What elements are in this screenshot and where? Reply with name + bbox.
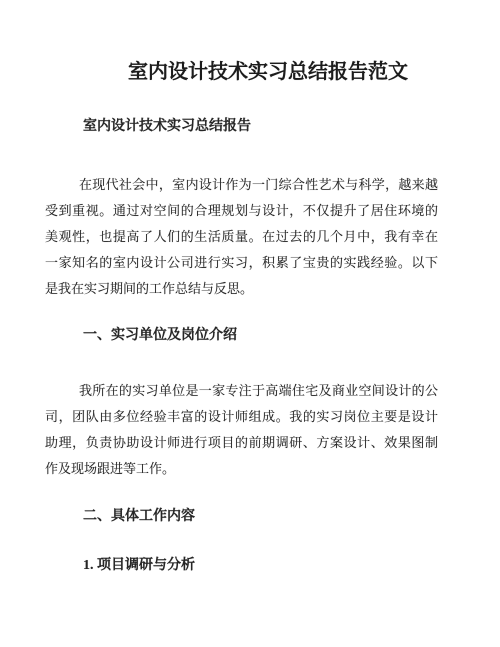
paragraph-line: 作及现场跟进等工作。: [45, 456, 438, 482]
document-subtitle: 室内设计技术实习总结报告: [45, 114, 438, 140]
intro-paragraph: 在现代社会中，室内设计作为一门综合性艺术与科学，越来越 受到重视。通过对空间的合…: [45, 172, 438, 302]
document-page: 室内设计技术实习总结报告范文 室内设计技术实习总结报告 在现代社会中，室内设计作…: [0, 0, 500, 647]
paragraph-line: 美观性，也提高了人们的生活质量。在过去的几个月中，我有幸在: [45, 224, 438, 250]
paragraph-line: 在现代社会中，室内设计作为一门综合性艺术与科学，越来越: [45, 172, 438, 198]
section-2-heading: 二、具体工作内容: [45, 504, 438, 530]
paragraph-line: 我所在的实习单位是一家专注于高端住宅及商业空间设计的公: [45, 378, 438, 404]
paragraph-line: 是我在实习期间的工作总结与反思。: [45, 276, 438, 302]
paragraph-line: 受到重视。通过对空间的合理规划与设计，不仅提升了居住环境的: [45, 198, 438, 224]
section-2-item-heading: 1. 项目调研与分析: [45, 553, 438, 579]
paragraph-line: 司，团队由多位经验丰富的设计师组成。我的实习岗位主要是设计: [45, 404, 438, 430]
document-title: 室内设计技术实习总结报告范文: [45, 58, 438, 86]
section-1-heading: 一、实习单位及岗位介绍: [45, 323, 438, 349]
section-1-paragraph: 我所在的实习单位是一家专注于高端住宅及商业空间设计的公 司，团队由多位经验丰富的…: [45, 378, 438, 482]
paragraph-line: 一家知名的室内设计公司进行实习，积累了宝贵的实践经验。以下: [45, 250, 438, 276]
paragraph-line: 助理，负责协助设计师进行项目的前期调研、方案设计、效果图制: [45, 430, 438, 456]
document-content: 室内设计技术实习总结报告范文 室内设计技术实习总结报告 在现代社会中，室内设计作…: [0, 58, 500, 579]
